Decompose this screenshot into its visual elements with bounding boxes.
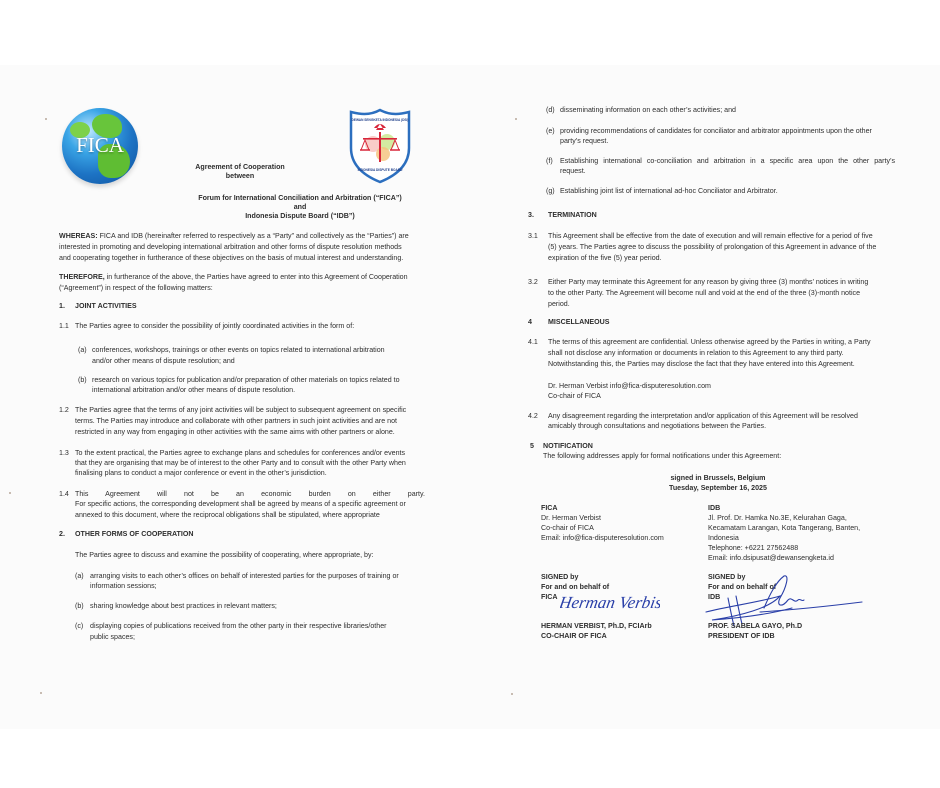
item-2c-line-2: public spaces; <box>90 632 135 642</box>
section-4-num: 4 <box>528 317 532 327</box>
section-2-intro: The Parties agree to discuss and examine… <box>75 550 374 560</box>
section-3-num: 3. <box>528 210 534 220</box>
section-5-num: 5 <box>530 441 534 451</box>
section-1-title: JOINT ACTIVITIES <box>75 301 137 311</box>
clause-1-2-line-3: restricted in any way from engaging in o… <box>75 427 395 437</box>
clause-1-4-num: 1.4 <box>59 489 69 499</box>
fica-address-email: Email: info@fica-disputeresolution.com <box>541 533 664 543</box>
clause-1-4-line-1: This Agreement will not be an economic b… <box>75 489 425 499</box>
clause-4-1-num: 4.1 <box>528 337 538 347</box>
item-2f-line-1: Establishing international co-conciliati… <box>560 156 895 166</box>
fica-address-line-2: Co-chair of FICA <box>541 523 594 533</box>
idb-address-line-2: Kecamatam Larangan, Kota Tangerang, Bant… <box>708 523 860 533</box>
scan-speck <box>9 492 11 494</box>
item-2d-label: (d) <box>546 105 555 115</box>
item-2e-label: (e) <box>546 126 555 136</box>
section-2-num: 2. <box>59 529 65 539</box>
section-3-title: TERMINATION <box>548 210 597 220</box>
clause-1-1-line: The Parties agree to consider the possib… <box>75 321 354 331</box>
idb-address-heading: IDB <box>708 503 720 513</box>
fica-address-heading: FICA <box>541 503 558 513</box>
clause-1-2-line-1: The Parties agree that the terms of any … <box>75 405 406 415</box>
item-1b-line-2: international arbitration and/or other m… <box>92 385 295 395</box>
party2-name: Indonesia Dispute Board (“IDB”) <box>120 211 480 221</box>
contact-line-2: Co-chair of FICA <box>548 391 601 401</box>
item-2g-label: (g) <box>546 186 555 196</box>
section-1-num: 1. <box>59 301 65 311</box>
section-4-title: MISCELLANEOUS <box>548 317 609 327</box>
item-1b-line-1: research on various topics for publicati… <box>92 375 400 385</box>
clause-3-1-line-3: expiration of the five (5) year period. <box>548 253 662 263</box>
item-2a-label: (a) <box>75 571 84 581</box>
whereas-line-2: interested in promoting and developing i… <box>59 242 402 252</box>
svg-text:DEWAN SENGKETA INDONESIA (DSI): DEWAN SENGKETA INDONESIA (DSI) <box>352 118 409 122</box>
clause-1-3-line-3: finalising plans to conduct a major conf… <box>75 468 327 478</box>
section-5-title: NOTIFICATION <box>543 441 593 451</box>
fica-signatory-name: HERMAN VERBIST, Ph.D, FCIArb <box>541 621 652 631</box>
clause-3-2-line-2: to the other Party. The Agreement will b… <box>548 288 860 298</box>
clause-4-1-line-1: The terms of this agreement are confiden… <box>548 337 871 347</box>
item-2c-label: (c) <box>75 621 83 631</box>
idb-address-phone: Telephone: +6221 27562488 <box>708 543 798 553</box>
clause-3-1-line-2: (5) years. The Parties agree to discuss … <box>548 242 876 252</box>
svg-text:Herman Verbist: Herman Verbist <box>560 593 660 612</box>
clause-4-1-line-2: shall not disclose any information or do… <box>548 348 844 358</box>
item-2a-line-1: arranging visits to each other’s offices… <box>90 571 399 581</box>
clause-1-4-line-3: annexed to this document, where the reci… <box>75 510 380 520</box>
section-2-title: OTHER FORMS OF COOPERATION <box>75 529 194 539</box>
signed-date: Tuesday, September 16, 2025 <box>618 483 818 493</box>
fica-address-line-1: Dr. Herman Verbist <box>541 513 601 523</box>
doc-title-between: between <box>160 171 320 181</box>
clause-1-3-num: 1.3 <box>59 448 69 458</box>
idb-address-line-1: Jl. Prof. Dr. Hamka No.3E, Kelurahan Gag… <box>708 513 847 523</box>
item-2f-label: (f) <box>546 156 553 166</box>
clause-4-2-line-1: Any disagreement regarding the interpret… <box>548 411 858 421</box>
item-2b-label: (b) <box>75 601 84 611</box>
whereas-line-1: WHEREAS: FICA and IDB (hereinafter refer… <box>59 231 409 241</box>
clause-3-1-line-1: This Agreement shall be effective from t… <box>548 231 873 241</box>
whereas-line-3: and cooperating together in furtherance … <box>59 253 403 263</box>
clause-1-3-line-1: To the extent practical, the Parties agr… <box>75 448 405 458</box>
fica-signed-by: SIGNED by <box>541 572 578 582</box>
item-2b-line-1: sharing knowledge about best practices i… <box>90 601 277 611</box>
section-5-intro: The following addresses apply for formal… <box>543 451 781 461</box>
item-2c-line-1: displaying copies of publications receiv… <box>90 621 387 631</box>
item-1a-label: (a) <box>78 345 87 355</box>
scan-speck <box>511 693 513 695</box>
clause-3-2-num: 3.2 <box>528 277 538 287</box>
therefore-line-2: (“Agreement”) in respect of the followin… <box>59 283 213 293</box>
clause-4-2-line-2: amicably through consultations and negot… <box>548 421 766 431</box>
idb-signatory-name: PROF. SABELA GAYO, Ph.D <box>708 621 802 631</box>
clause-1-1-num: 1.1 <box>59 321 69 331</box>
clause-3-1-num: 3.1 <box>528 231 538 241</box>
scan-speck <box>45 118 47 120</box>
scan-speck <box>515 118 517 120</box>
item-2e-line-2: party’s request. <box>560 136 608 146</box>
signed-place: signed in Brussels, Belgium <box>618 473 818 483</box>
item-1b-label: (b) <box>78 375 87 385</box>
fica-org: FICA <box>541 592 558 602</box>
clause-3-2-line-1: Either Party may terminate this Agreemen… <box>548 277 868 287</box>
clause-1-2-line-2: terms. The Parties may introduce and col… <box>75 416 397 426</box>
fica-signatory-role: CO-CHAIR OF FICA <box>541 631 607 641</box>
clause-3-2-line-3: period. <box>548 299 570 309</box>
fica-signature: Herman Verbist <box>560 588 660 616</box>
item-1a-line-1: conferences, workshops, trainings or oth… <box>92 345 385 355</box>
scan-speck <box>40 692 42 694</box>
item-1a-line-2: and/or other means of dispute resolution… <box>92 356 235 366</box>
clause-1-3-line-2: that they are organising that may be of … <box>75 458 406 468</box>
clause-1-4-line-2: For specific actions, the corresponding … <box>75 499 406 509</box>
item-2d-line-1: disseminating information on each other’… <box>560 105 736 115</box>
clause-4-1-line-3: Notwithstanding this, the Parties may di… <box>548 359 855 369</box>
contact-line-1: Dr. Herman Verbist info@fica-disputereso… <box>548 381 711 391</box>
therefore-line-1: THEREFORE, in furtherance of the above, … <box>59 272 408 282</box>
idb-logo: DEWAN SENGKETA INDONESIA (DSI) INDONESIA… <box>349 108 411 184</box>
fica-logo-text: FICA <box>62 133 138 157</box>
idb-address-line-3: Indonesia <box>708 533 739 543</box>
idb-signatory-role: PRESIDENT OF IDB <box>708 631 775 641</box>
item-2g-line-1: Establishing joint list of international… <box>560 186 778 196</box>
item-2e-line-1: providing recommendations of candidates … <box>560 126 872 136</box>
clause-4-2-num: 4.2 <box>528 411 538 421</box>
svg-text:INDONESIA DISPUTE BOARD: INDONESIA DISPUTE BOARD <box>358 168 404 172</box>
fica-logo: FICA <box>62 108 138 184</box>
item-2f-line-2: request. <box>560 166 586 176</box>
clause-1-2-num: 1.2 <box>59 405 69 415</box>
item-2a-line-2: information sessions; <box>90 581 157 591</box>
idb-address-email: Email: info.dsipusat@dewansengketa.id <box>708 553 834 563</box>
